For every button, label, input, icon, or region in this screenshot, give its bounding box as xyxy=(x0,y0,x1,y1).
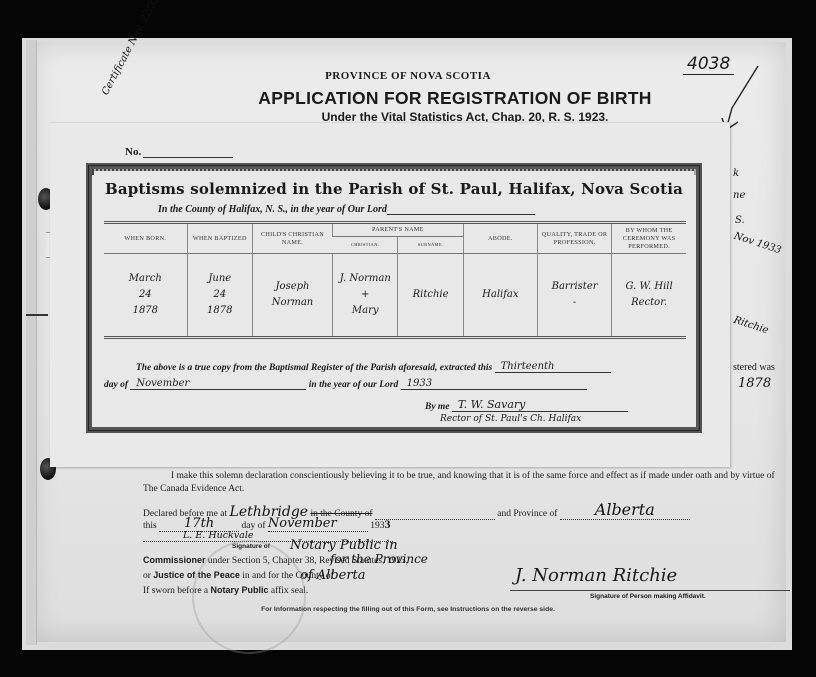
extracted-year: 1933 xyxy=(401,378,587,390)
cell-when-born: March 24 1878 xyxy=(104,254,187,338)
col-when-baptized: WHEN BAPTIZED xyxy=(187,223,252,254)
year-field xyxy=(387,214,535,215)
extracted-month: November xyxy=(130,378,306,390)
born-day: 24 xyxy=(105,287,186,303)
day-of-label: day of xyxy=(104,380,128,390)
declaration-text: I make this solemn declaration conscient… xyxy=(143,470,788,496)
commissioner-label: Commissioner xyxy=(143,555,206,565)
certificate-number: No. xyxy=(125,146,233,158)
col-christian: CHRISTIAN. xyxy=(333,237,398,254)
col-quality: QUALITY, TRADE OR PROFESSION. xyxy=(537,223,611,254)
notary-handwriting: Notary Public in xyxy=(290,538,398,553)
mother-name: Mary xyxy=(334,303,396,319)
profession: Barrister xyxy=(539,279,610,295)
table-row: March 24 1878 June 24 1878 Joseph Norman… xyxy=(104,254,686,338)
footer-instructions: For Information respecting the filling o… xyxy=(0,606,816,613)
cell-surname: Ritchie xyxy=(398,254,463,338)
county-field xyxy=(375,519,495,520)
father-name: J. Norman xyxy=(334,271,396,287)
affiant-signature-line xyxy=(510,590,790,591)
form-fragment: stered was xyxy=(733,362,775,373)
col-child-name: CHILD'S CHRISTIAN NAME. xyxy=(252,223,332,254)
cell-abode: Halifax xyxy=(463,254,537,338)
and-sign: + xyxy=(334,287,396,303)
cell-child-name: Joseph Norman xyxy=(252,254,332,338)
province-label: and Province of xyxy=(497,509,557,519)
born-year: 1878 xyxy=(105,303,186,319)
form-title: APPLICATION FOR REGISTRATION OF BIRTH xyxy=(235,88,675,109)
year-suffix: 3 xyxy=(385,517,391,531)
rector-title: Rector of St. Paul's Ch. Halifax xyxy=(440,414,581,424)
certificate-county-line: In the County of Halifax, N. S., in the … xyxy=(158,204,535,215)
declaration-paragraph: I make this solemn declaration conscient… xyxy=(143,470,788,496)
notary-handwriting-2: for the Province xyxy=(330,552,428,566)
child-first-name: Joseph xyxy=(254,279,331,295)
province-value: Alberta xyxy=(560,500,690,520)
born-month: March xyxy=(105,271,186,287)
affiant-signature: J. Norman Ritchie xyxy=(515,565,677,586)
baptism-register-table: WHEN BORN. WHEN BAPTIZED CHILD'S CHRISTI… xyxy=(104,221,686,339)
baptized-day: 24 xyxy=(189,287,251,303)
cell-quality: Barrister - xyxy=(537,254,611,338)
year-label: in the year of our Lord xyxy=(309,380,398,390)
col-abode: ABODE. xyxy=(463,223,537,254)
col-surname: SURNAME. xyxy=(398,237,463,254)
binding-wire xyxy=(26,314,48,316)
rector-signature: T. W. Savary xyxy=(452,398,628,412)
or-label: or xyxy=(143,571,151,581)
notary-handwriting-3: of Alberta xyxy=(300,568,366,583)
binding-strip xyxy=(26,40,37,645)
cell-when-baptized: June 24 1878 xyxy=(187,254,252,338)
true-copy-statement: The above is a true copy from the Baptis… xyxy=(136,361,611,373)
extraction-date-line: day of November in the year of our Lord … xyxy=(104,378,587,390)
officiant-title: Rector. xyxy=(613,295,685,311)
officiant-name: G. W. Hill xyxy=(613,279,685,295)
true-copy-text: The above is a true copy from the Baptis… xyxy=(136,363,492,373)
cell-parents-christian: J. Norman + Mary xyxy=(333,254,398,338)
no-label: No. xyxy=(125,146,141,158)
certificate-heading: Baptisms solemnized in the Parish of St.… xyxy=(94,180,694,198)
by-me-label: By me xyxy=(425,402,450,412)
extracted-day: Thirteenth xyxy=(495,361,611,373)
baptized-year: 1878 xyxy=(189,303,251,319)
no-field xyxy=(143,157,233,158)
col-when-born: WHEN BORN. xyxy=(104,223,187,254)
notary-seal xyxy=(192,540,306,654)
col-parents-name: PARENT'S NAME xyxy=(333,223,464,237)
affiant-caption: Signature of Person making Affidavit. xyxy=(590,593,706,600)
form-fragment: k xyxy=(733,168,739,179)
form-fragment: 1878 xyxy=(738,376,771,391)
county-label: In the County of Halifax, N. S., in the … xyxy=(158,204,387,215)
child-middle-name: Norman xyxy=(254,295,331,311)
form-fragment: ne xyxy=(733,190,745,201)
profession-dash: - xyxy=(539,295,610,311)
col-by-whom: BY WHOM THE CEREMONY WAS PERFORMED. xyxy=(612,223,686,254)
baptized-month: June xyxy=(189,271,251,287)
signed-by-line: By me T. W. Savary xyxy=(425,398,628,412)
cell-by-whom: G. W. Hill Rector. xyxy=(612,254,686,338)
form-fragment: S. xyxy=(735,215,745,226)
